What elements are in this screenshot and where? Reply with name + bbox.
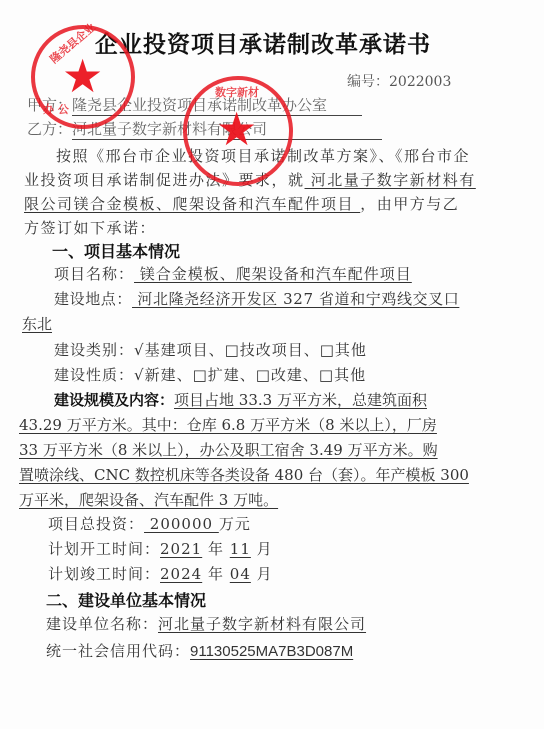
scale-value-1: 项目占地 33.3 万平方米，总建筑面积: [174, 391, 427, 409]
company-seal: ★ 数字新材: [183, 76, 293, 186]
scale-value-3: 33 万平方米（8 米以上），办公及职工宿舍 3.49 万平方米。购: [19, 439, 438, 460]
number-label: 编号：: [347, 74, 389, 90]
nature-value: √新建、□扩建、□改建、□其他: [134, 366, 366, 384]
nature-label: 建设性质：: [54, 366, 134, 384]
scale-label: 建设规模及内容：: [54, 391, 174, 409]
end-time-row: 计划竣工时间：2024 年 04 月: [48, 563, 273, 584]
section-1-heading: 一、项目基本情况: [52, 239, 180, 262]
start-month: 11: [230, 540, 251, 558]
scale-value-4: 置喷涂线、CNC 数控机床等各类设备 480 台（套）。年产模板 300: [19, 464, 469, 485]
investment-label: 项目总投资：: [48, 515, 144, 533]
seal-star-icon: ★: [62, 53, 103, 99]
intro-line-3: 限公司镁合金模板、爬架设备和汽车配件项目 ，由甲方与乙: [24, 193, 459, 214]
intro-project-fill: 河北量子数字新材料有: [305, 171, 476, 189]
investment-unit: 万元: [219, 515, 251, 533]
credit-code-label: 统一社会信用代码：: [46, 642, 190, 660]
seal-star-icon: ★: [216, 106, 257, 152]
number-value: 2022003: [389, 74, 451, 90]
year-unit: 年: [208, 540, 224, 558]
location-value: 河北隆尧经济开发区 327 省道和宁鸡线交叉口: [132, 290, 459, 308]
seal-text: 办 公: [43, 101, 69, 117]
intro-line-4: 方签订如下承诺：: [24, 217, 156, 238]
unit-name-label: 建设单位名称：: [46, 615, 158, 633]
month-unit: 月: [257, 540, 273, 558]
investment-row: 项目总投资： 200000 万元: [48, 513, 251, 534]
scale-value-2: 43.29 万平方米。其中：仓库 6.8 万平方米（8 米以上），厂房: [19, 414, 437, 435]
project-name-label: 项目名称：: [54, 265, 134, 283]
end-year: 2024: [160, 565, 202, 583]
unit-name-row: 建设单位名称：河北量子数字新材料有限公司: [46, 613, 366, 634]
category-value: √基建项目、□技改项目、□其他: [134, 341, 367, 359]
year-unit: 年: [208, 565, 224, 583]
seal-text: 数字新材: [215, 84, 259, 100]
start-time-row: 计划开工时间：2021 年 11 月: [48, 538, 273, 559]
nature-row: 建设性质：√新建、□扩建、□改建、□其他: [54, 364, 366, 385]
project-name-value: 镁合金模板、爬架设备和汽车配件项目: [134, 265, 412, 283]
commitment-document: 企业投资项目承诺制改革承诺书 编号：2022003 甲方： 隆尧县企业投资项目承…: [0, 0, 544, 729]
location-row: 建设地点： 河北隆尧经济开发区 327 省道和宁鸡线交叉口: [54, 288, 459, 309]
credit-code-row: 统一社会信用代码：91130525MA7B3D087M: [46, 640, 353, 661]
start-year: 2021: [160, 540, 202, 558]
office-seal: ★ 隆尧县企业 办 公: [31, 25, 135, 129]
scale-value-5: 万平米，爬架设备、汽车配件 3 万吨。: [19, 489, 278, 510]
location-label: 建设地点：: [54, 290, 132, 308]
credit-code-value: 91130525MA7B3D087M: [190, 643, 353, 660]
category-row: 建设类别：√基建项目、□技改项目、□其他: [54, 339, 367, 360]
intro-text-suffix: ，由甲方与乙: [360, 195, 459, 213]
document-number: 编号：2022003: [347, 71, 451, 91]
start-label: 计划开工时间：: [48, 540, 160, 558]
document-title: 企业投资项目承诺制改革承诺书: [95, 26, 431, 59]
category-label: 建设类别：: [54, 341, 134, 359]
investment-value: 200000: [144, 515, 219, 533]
location-value-cont: 东北: [22, 313, 52, 334]
month-unit: 月: [257, 565, 273, 583]
scale-row: 建设规模及内容：项目占地 33.3 万平方米，总建筑面积: [54, 389, 427, 410]
project-name-row: 项目名称： 镁合金模板、爬架设备和汽车配件项目: [54, 263, 412, 284]
section-2-heading: 二、建设单位基本情况: [46, 588, 206, 611]
intro-project-fill-2: 限公司镁合金模板、爬架设备和汽车配件项目: [24, 195, 360, 213]
unit-name-value: 河北量子数字新材料有限公司: [158, 615, 366, 633]
end-label: 计划竣工时间：: [48, 565, 160, 583]
end-month: 04: [230, 565, 251, 583]
